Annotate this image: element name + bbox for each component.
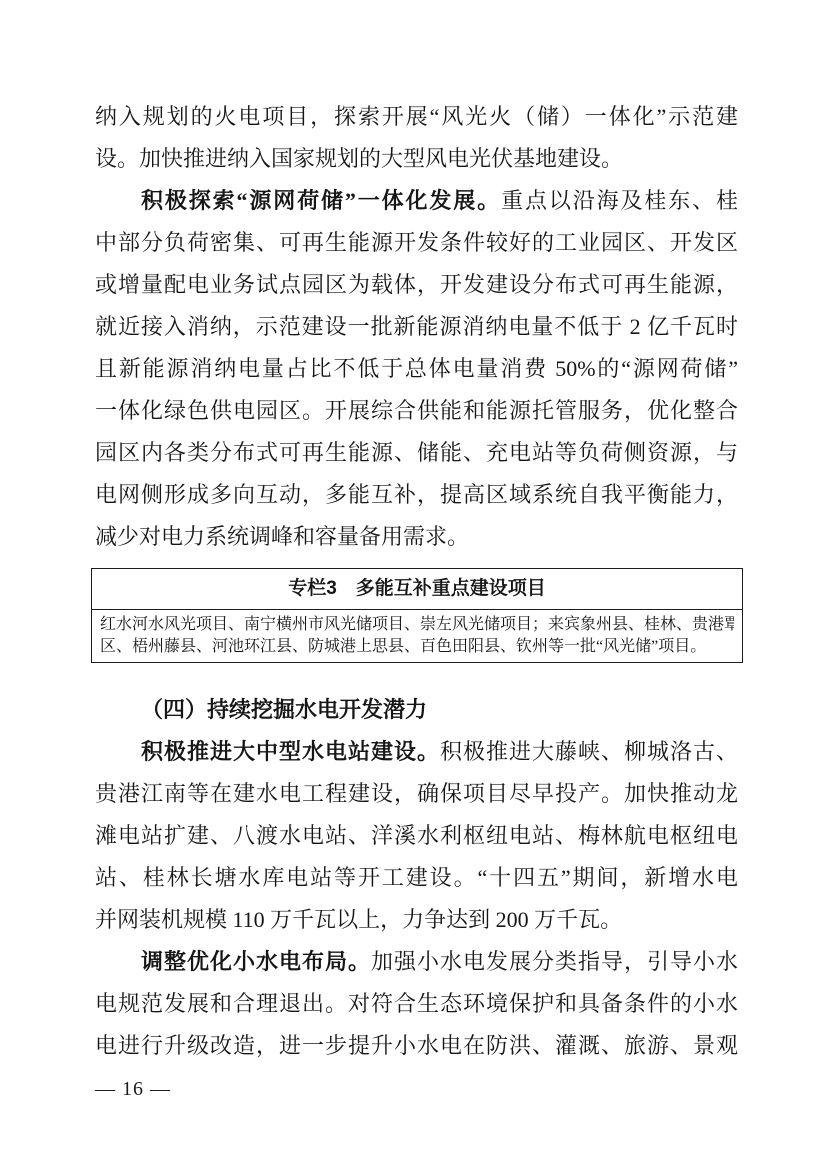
callout-box-title: 专栏3 多能互补重点建设项目 bbox=[92, 569, 742, 610]
text-line: 纳入规划的火电项目，探索开展“风光火（储）一体化”示范建 bbox=[95, 96, 738, 138]
text-run: 重点以沿海及桂东、桂 bbox=[501, 188, 738, 213]
text-line: 电规范发展和合理退出。对符合生态环境保护和具备条件的小水 bbox=[95, 983, 738, 1025]
paragraph-small-hydropower: 调整优化小水电布局。加强小水电发展分类指导，引导小水 电规范发展和合理退出。对符… bbox=[95, 941, 738, 1067]
document-page: 纳入规划的火电项目，探索开展“风光火（储）一体化”示范建 设。加快推进纳入国家规… bbox=[0, 0, 826, 1169]
text-line: 并网装机规模 110 万千瓦以上，力争达到 200 万千瓦。 bbox=[95, 899, 738, 941]
text-line: 就近接入消纳，示范建设一批新能源消纳电量不低于 2 亿千瓦时 bbox=[95, 306, 738, 348]
text-line: 一体化绿色供电园区。开展综合供能和能源托管服务，优化整合 bbox=[95, 390, 738, 432]
text-line: 滩电站扩建、八渡水电站、洋溪水利枢纽电站、梅林航电枢纽电 bbox=[95, 815, 738, 857]
bold-lead-text: 积极推进大中型水电站建设。 bbox=[141, 739, 440, 764]
text-line: 减少对电力系统调峰和容量备用需求。 bbox=[95, 516, 738, 558]
page-number: — 16 — bbox=[95, 1078, 171, 1101]
text-run: 积极推进大藤峡、柳城洛古、 bbox=[440, 739, 738, 764]
text-line: 设。加快推进纳入国家规划的大型风电光伏基地建设。 bbox=[95, 138, 738, 180]
text-line: 站、桂林长塘水库电站等开工建设。“十四五”期间，新增水电 bbox=[95, 857, 738, 899]
text-line: 电网侧形成多向互动，多能互补，提高区域系统自我平衡能力， bbox=[95, 474, 738, 516]
paragraph-source-grid-load-storage: 积极探索“源网荷储”一体化发展。重点以沿海及桂东、桂 中部分负荷密集、可再生能源… bbox=[95, 180, 738, 558]
text-line: 积极推进大中型水电站建设。积极推进大藤峡、柳城洛古、 bbox=[95, 731, 738, 773]
text-line: 或增量配电业务试点园区为载体，开发建设分布式可再生能源， bbox=[95, 264, 738, 306]
text-line: 调整优化小水电布局。加强小水电发展分类指导，引导小水 bbox=[95, 941, 738, 983]
section-heading-four: （四）持续挖掘水电开发潜力 bbox=[95, 689, 738, 731]
text-line: 积极探索“源网荷储”一体化发展。重点以沿海及桂东、桂 bbox=[95, 180, 738, 222]
paragraph-hydropower-stations: 积极推进大中型水电站建设。积极推进大藤峡、柳城洛古、 贵港江南等在建水电工程建设… bbox=[95, 731, 738, 941]
text-line: 电进行升级改造，进一步提升小水电在防洪、灌溉、旅游、景观 bbox=[95, 1025, 738, 1067]
text-line: 贵港江南等在建水电工程建设，确保项目尽早投产。加快推动龙 bbox=[95, 773, 738, 815]
text-line: 园区内各类分布式可再生能源、储能、充电站等负荷侧资源，与 bbox=[95, 432, 738, 474]
paragraph-continuation: 纳入规划的火电项目，探索开展“风光火（储）一体化”示范建 设。加快推进纳入国家规… bbox=[95, 96, 738, 180]
text-run: 加强小水电发展分类指导，引导小水 bbox=[371, 949, 738, 974]
text-line: 中部分负荷密集、可再生能源开发条件较好的工业园区、开发区 bbox=[95, 222, 738, 264]
bold-lead-text: 积极探索“源网荷储”一体化发展。 bbox=[141, 188, 501, 213]
bold-lead-text: 调整优化小水电布局。 bbox=[141, 949, 371, 974]
callout-text-line: 区、梧州藤县、河池环江县、防城港上思县、百色田阳县、钦州等一批“风光储”项目。 bbox=[100, 636, 734, 658]
callout-box-column3: 专栏3 多能互补重点建设项目 红水河水风光项目、南宁横州市风光储项目、崇左风光储… bbox=[91, 568, 743, 663]
document-content: 纳入规划的火电项目，探索开展“风光火（储）一体化”示范建 设。加快推进纳入国家规… bbox=[95, 96, 738, 1067]
text-line: 且新能源消纳电量占比不低于总体电量消费 50%的“源网荷储” bbox=[95, 348, 738, 390]
callout-box-body: 红水河水风光项目、南宁横州市风光储项目、崇左风光储项目；来宾象州县、桂林、贵港覃… bbox=[92, 610, 742, 662]
callout-text-line: 红水河水风光项目、南宁横州市风光储项目、崇左风光储项目；来宾象州县、桂林、贵港覃… bbox=[100, 614, 734, 636]
